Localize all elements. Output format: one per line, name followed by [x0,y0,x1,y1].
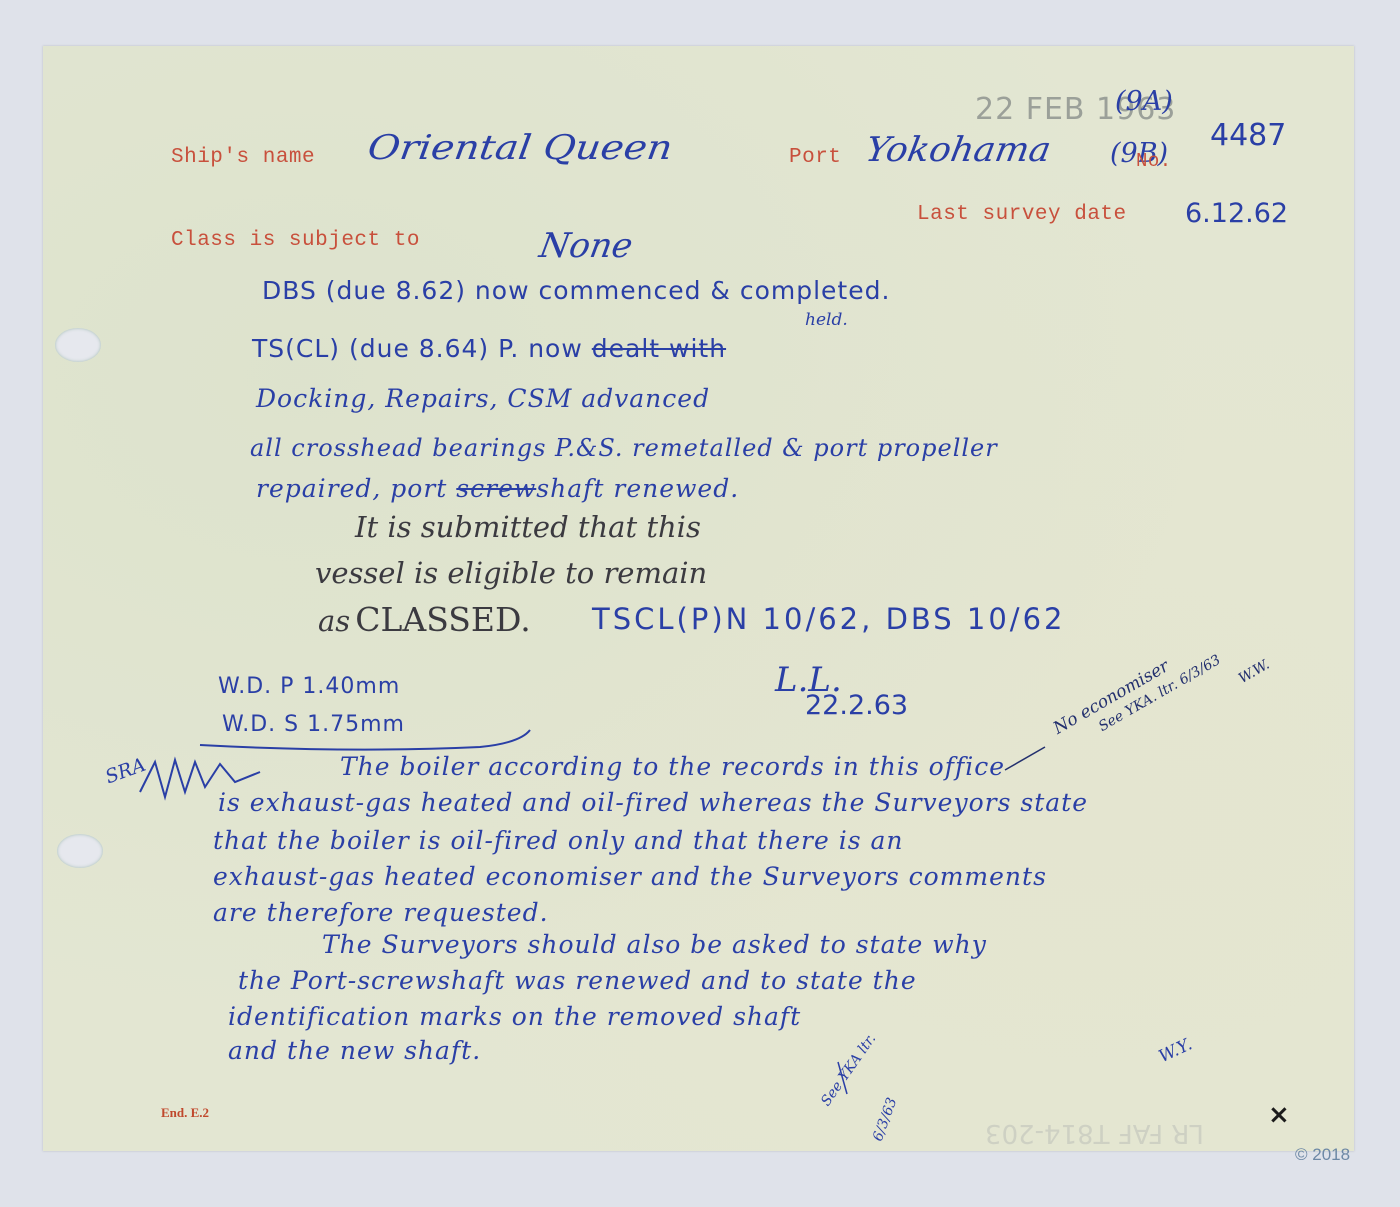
note-line-docking: Docking, Repairs, CSM advanced [256,384,710,413]
stamp-text-classed: CLASSED. [355,600,531,639]
body-para2-line1: The Surveyors should also be asked to st… [322,930,987,959]
port-value: Yokohama [862,130,1054,170]
body-para1-line2: is exhaust-gas heated and oil-fired wher… [218,788,1088,817]
class-subject-value: None [536,226,635,266]
classed-stamp-line2: vessel is eligible to remain [315,556,707,590]
number-label: No. [1136,150,1172,172]
ship-name-value: Oriental Queen [365,128,675,168]
body-para2-line2: the Port-screwshaft was renewed and to s… [238,966,917,995]
note-line-screwshaft: repaired, port screwshaft renewed. [256,474,739,503]
margin-note-pointer [1000,735,1060,775]
struck-text-dealt-with: dealt with [592,334,726,363]
classed-stamp-line1: It is submitted that this [355,510,701,544]
note-line-dbs: DBS (due 8.62) now commenced & completed… [262,276,890,305]
number-value: 4487 [1210,118,1286,153]
stamp-text: It is submitted that this [355,510,701,544]
note-line-ts-text: TS(CL) (due 8.64) P. now [252,334,583,363]
inserted-word-held: held. [805,310,848,330]
body-para1-line4: exhaust-gas heated economiser and the Su… [213,862,1047,891]
copyright-notice: © 2018 [1295,1145,1350,1165]
body-para2-line4: and the new shaft. [228,1036,481,1065]
class-subject-label: Class is subject to [171,229,420,252]
classed-stamp-line3: as CLASSED. [318,600,531,639]
punch-hole-bottom [57,834,103,868]
body-para1-line3: that the boiler is oil-fired only and th… [213,826,904,855]
note-line-crosshead: all crosshead bearings P.&S. remetalled … [250,434,998,462]
port-code-9a: (9A) [1115,86,1173,117]
note-text: repaired, port [256,474,447,503]
last-survey-value: 6.12.62 [1185,198,1288,229]
note-text: shaft renewed. [536,474,739,503]
punch-hole-top [55,328,101,362]
note-line-ts: TS(CL) (due 8.64) P. now dealt with [252,334,726,363]
archive-mark-bleedthrough: LR FAF T814-203 [985,1118,1204,1148]
stamp-text: as [318,604,350,638]
struck-text-screw: screw [456,474,536,503]
last-survey-label: Last survey date [917,203,1127,226]
classed-note: TSCL(P)N 10/62, DBS 10/62 [592,602,1065,636]
port-label: Port [789,146,841,169]
wd-port-measurement: W.D. P 1.40mm [218,674,400,699]
body-para2-line3: identification marks on the removed shaf… [228,1002,801,1031]
signature-date: 22.2.63 [805,690,908,721]
body-para1-line1: The boiler according to the records in t… [340,752,1005,781]
ship-name-label: Ship's name [171,146,315,169]
stamp-text: vessel is eligible to remain [315,556,707,590]
corner-cross-mark: × [1268,1100,1290,1130]
body-para1-line5: are therefore requested. [213,898,549,927]
form-code: End. E.2 [161,1105,209,1121]
